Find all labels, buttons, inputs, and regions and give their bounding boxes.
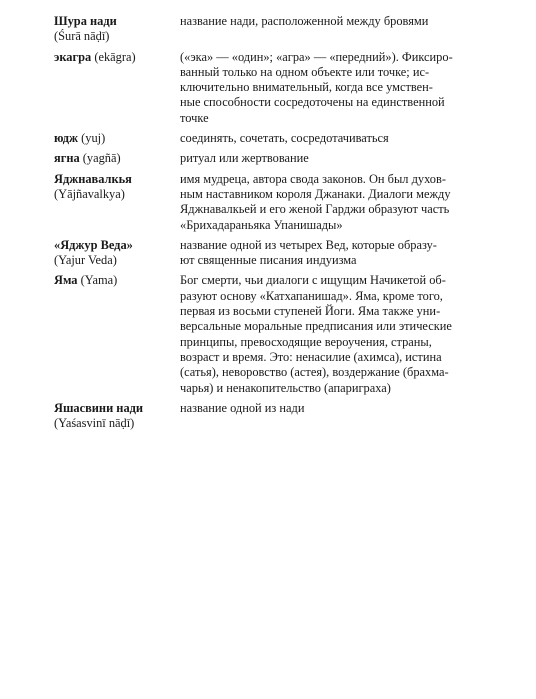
definition-line: название одной из нади xyxy=(180,401,470,416)
glossary-entry: Яшасвини нади(Yaśasvinī nāḍī)название од… xyxy=(54,401,484,432)
term-russian: Шура нади xyxy=(54,14,117,28)
term-russian: Яшасвини нади xyxy=(54,401,143,415)
glossary-term: Шура нади(Śurā nāḍī) xyxy=(54,14,180,45)
term-transliteration: (Yaśasvinī nāḍī) xyxy=(54,416,134,430)
term-russian: юдж xyxy=(54,131,78,145)
glossary-definition: название одной из нади xyxy=(180,401,470,432)
glossary-entry: Яджнавалкья(Yājñavalkya)имя мудреца, авт… xyxy=(54,172,484,233)
glossary-term: «Яджур Веда»(Yajur Veda) xyxy=(54,238,180,269)
definition-line: «Брихадараньяка Упанишады» xyxy=(180,218,470,233)
glossary-entry: экагра (ekāgra)(«эка» — «один»; «агра» —… xyxy=(54,50,484,126)
term-transliteration: (ekāgra) xyxy=(94,50,135,64)
term-transliteration: (Yajur Veda) xyxy=(54,253,117,267)
definition-line: («эка» — «один»; «агра» — «передний»). Ф… xyxy=(180,50,470,65)
glossary-definition: имя мудреца, автора свода законов. Он бы… xyxy=(180,172,470,233)
term-russian: ягна xyxy=(54,151,80,165)
term-transliteration: (yagñā) xyxy=(83,151,121,165)
term-russian: экагра xyxy=(54,50,91,64)
definition-line: точке xyxy=(180,111,470,126)
term-transliteration: (Yājñavalkya) xyxy=(54,187,125,201)
term-russian: Яма xyxy=(54,273,78,287)
definition-line: чарья) и ненакопительство (апариграха) xyxy=(180,381,470,396)
glossary-term: Яджнавалкья(Yājñavalkya) xyxy=(54,172,180,233)
term-russian: «Яджур Веда» xyxy=(54,238,133,252)
glossary-definition: («эка» — «один»; «агра» — «передний»). Ф… xyxy=(180,50,470,126)
glossary-definition: Бог смерти, чьи диалоги с ищущим Начикет… xyxy=(180,273,470,395)
term-russian: Яджнавалкья xyxy=(54,172,132,186)
term-transliteration: (Yama) xyxy=(81,273,118,287)
glossary-term: экагра (ekāgra) xyxy=(54,50,180,126)
term-transliteration: (Śurā nāḍī) xyxy=(54,29,109,43)
definition-line: возраст и время. Это: ненасилие (ахимса)… xyxy=(180,350,470,365)
glossary-definition: название нади, расположенной между бровя… xyxy=(180,14,470,45)
glossary-entry: Шура нади(Śurā nāḍī)название нади, распо… xyxy=(54,14,484,45)
glossary-definition: название одной из четырех Вед, которые о… xyxy=(180,238,470,269)
definition-line: ритуал или жертвование xyxy=(180,151,470,166)
glossary-term: Яма (Yama) xyxy=(54,273,180,395)
definition-line: ют священные писания индуизма xyxy=(180,253,470,268)
glossary-definition: ритуал или жертвование xyxy=(180,151,470,166)
definition-line: название одной из четырех Вед, которые о… xyxy=(180,238,470,253)
term-transliteration: (yuj) xyxy=(81,131,105,145)
definition-line: первая из восьми ступеней Йоги. Яма такж… xyxy=(180,304,470,319)
glossary-entry: «Яджур Веда»(Yajur Veda)название одной и… xyxy=(54,238,484,269)
definition-line: ные способности сосредоточены на единств… xyxy=(180,95,470,110)
glossary-page: Шура нади(Śurā nāḍī)название нади, распо… xyxy=(54,14,484,436)
glossary-definition: соединять, сочетать, сосредотачиваться xyxy=(180,131,470,146)
definition-line: Яджнавалкьей и его женой Гарджи образуют… xyxy=(180,202,470,217)
definition-line: (сатья), неворовство (астея), воздержани… xyxy=(180,365,470,380)
glossary-entry: ягна (yagñā)ритуал или жертвование xyxy=(54,151,484,166)
definition-line: ванный только на одном объекте или точке… xyxy=(180,65,470,80)
glossary-term: Яшасвини нади(Yaśasvinī nāḍī) xyxy=(54,401,180,432)
definition-line: соединять, сочетать, сосредотачиваться xyxy=(180,131,470,146)
glossary-entry: Яма (Yama)Бог смерти, чьи диалоги с ищущ… xyxy=(54,273,484,395)
definition-line: название нади, расположенной между бровя… xyxy=(180,14,470,29)
glossary-entry: юдж (yuj)соединять, сочетать, сосредотач… xyxy=(54,131,484,146)
definition-line: имя мудреца, автора свода законов. Он бы… xyxy=(180,172,470,187)
definition-line: ным наставником короля Джанаки. Диалоги … xyxy=(180,187,470,202)
definition-line: разуют основу «Катхапанишад». Яма, кроме… xyxy=(180,289,470,304)
definition-line: принципы, превосходящие вероучения, стра… xyxy=(180,335,470,350)
glossary-term: юдж (yuj) xyxy=(54,131,180,146)
definition-line: Бог смерти, чьи диалоги с ищущим Начикет… xyxy=(180,273,470,288)
glossary-term: ягна (yagñā) xyxy=(54,151,180,166)
definition-line: версальные моральные предписания или эти… xyxy=(180,319,470,334)
definition-line: ключительно внимательный, когда все умст… xyxy=(180,80,470,95)
